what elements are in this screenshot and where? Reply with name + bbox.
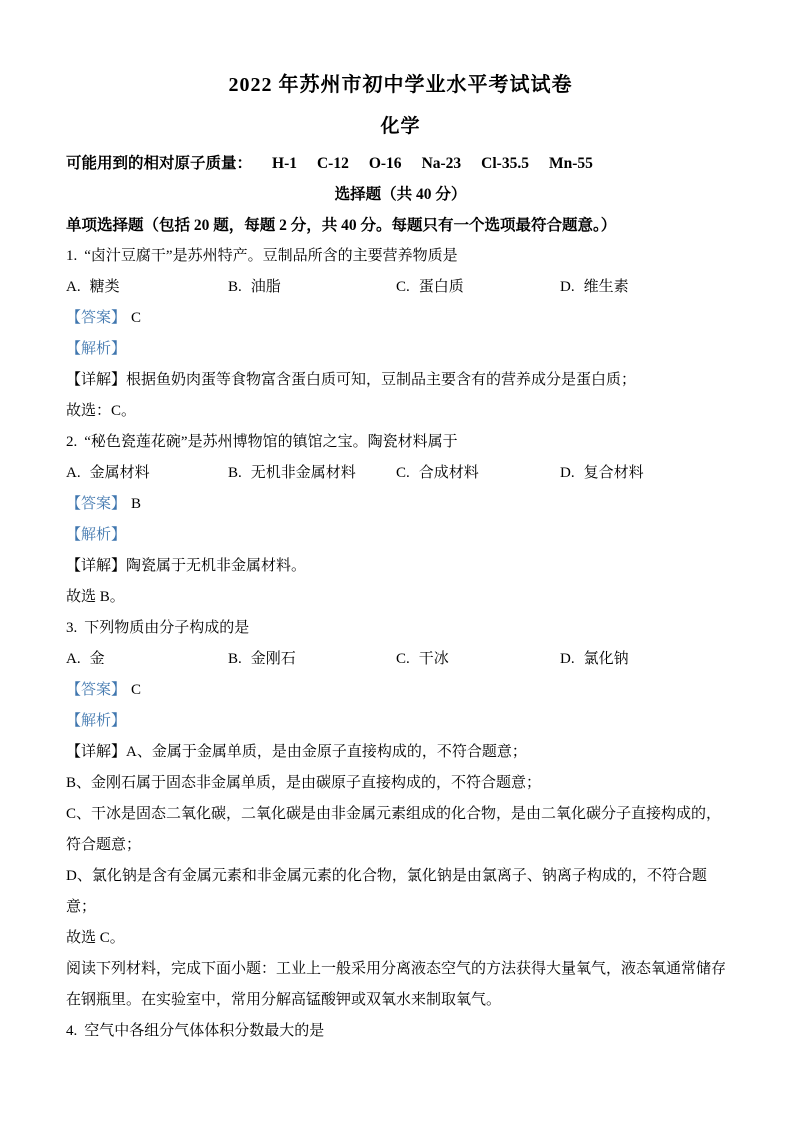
answer-value: B	[131, 496, 141, 512]
analysis-label: 【解析】	[66, 341, 126, 357]
option-a: A.糖类	[66, 272, 228, 303]
analysis-label: 【解析】	[66, 713, 126, 729]
atomic-mass-token: Na-23	[422, 155, 462, 172]
question-3-analysis-label: 【解析】	[66, 706, 735, 737]
answer-label: 【答案】	[66, 310, 126, 326]
instructions: 单项选择题（包括 20 题，每题 2 分，共 40 分。每题只有一个选项最符合题…	[66, 210, 735, 241]
question-stem-text: “秘色瓷莲花碗”是苏州博物馆的镇馆之宝。陶瓷材料属于	[84, 434, 457, 450]
question-3-conclusion: 故选 C。	[66, 923, 735, 954]
question-number: 1.	[66, 248, 77, 264]
question-1-explanation: 【详解】根据鱼奶肉蛋等食物富含蛋白质可知，豆制品主要含有的营养成分是蛋白质；	[66, 365, 735, 396]
section-heading: 选择题（共 40 分）	[66, 179, 735, 210]
option-b: B.油脂	[228, 272, 396, 303]
question-3-explanation-a: 【详解】A、金属于金属单质，是由金原子直接构成的，不符合题意；	[66, 737, 735, 768]
question-2-explanation: 【详解】陶瓷属于无机非金属材料。	[66, 551, 735, 582]
option-c: C.蛋白质	[396, 272, 560, 303]
reading-material: 阅读下列材料，完成下面小题：工业上一般采用分离液态空气的方法获得大量氧气，液态氧…	[66, 954, 735, 1016]
option-d: D.氯化钠	[560, 644, 735, 675]
question-number: 4.	[66, 1023, 77, 1039]
question-stem-text: “卤汁豆腐干”是苏州特产。豆制品所含的主要营养物质是	[84, 248, 457, 264]
option-a: A.金属材料	[66, 458, 228, 489]
question-1-answer-line: 【答案】C	[66, 303, 735, 334]
question-1-analysis-label: 【解析】	[66, 334, 735, 365]
question-1-stem: 1.“卤汁豆腐干”是苏州特产。豆制品所含的主要营养物质是	[66, 241, 735, 272]
question-2-conclusion: 故选 B。	[66, 582, 735, 613]
answer-label: 【答案】	[66, 496, 126, 512]
exam-document-page: 2022 年苏州市初中学业水平考试试卷 化学 可能用到的相对原子质量：H-1C-…	[0, 0, 793, 1122]
option-c: C.干冰	[396, 644, 560, 675]
atomic-mass-token: Mn-55	[549, 155, 593, 172]
question-3-explanation-b: B、金刚石属于固态非金属单质，是由碳原子直接构成的，不符合题意；	[66, 768, 735, 799]
atomic-mass-line: 可能用到的相对原子质量：H-1C-12O-16Na-23Cl-35.5Mn-55	[66, 148, 735, 179]
question-2-options: A.金属材料 B.无机非金属材料 C.合成材料 D.复合材料	[66, 458, 735, 489]
question-3-explanation-d: D、氯化钠是含有金属元素和非金属元素的化合物，氯化钠是由氯离子、钠离子构成的，不…	[66, 861, 735, 923]
option-c: C.合成材料	[396, 458, 560, 489]
question-number: 3.	[66, 620, 77, 636]
question-2-stem: 2.“秘色瓷莲花碗”是苏州博物馆的镇馆之宝。陶瓷材料属于	[66, 427, 735, 458]
question-3-stem: 3.下列物质由分子构成的是	[66, 613, 735, 644]
option-b: B.金刚石	[228, 644, 396, 675]
atomic-mass-token: Cl-35.5	[481, 155, 529, 172]
page-title: 2022 年苏州市初中学业水平考试试卷	[66, 64, 735, 106]
option-d: D.复合材料	[560, 458, 735, 489]
answer-label: 【答案】	[66, 682, 126, 698]
answer-value: C	[131, 682, 141, 698]
question-2-analysis-label: 【解析】	[66, 520, 735, 551]
answer-value: C	[131, 310, 141, 326]
question-4-stem: 4.空气中各组分气体体积分数最大的是	[66, 1016, 735, 1047]
atomic-mass-token: C-12	[317, 155, 349, 172]
question-stem-text: 下列物质由分子构成的是	[84, 620, 249, 636]
option-a: A.金	[66, 644, 228, 675]
question-1-options: A.糖类 B.油脂 C.蛋白质 D.维生素	[66, 272, 735, 303]
subject-title: 化学	[66, 106, 735, 148]
question-number: 2.	[66, 434, 77, 450]
option-b: B.无机非金属材料	[228, 458, 396, 489]
atomic-mass-prefix: 可能用到的相对原子质量：	[66, 155, 252, 172]
atomic-mass-token: O-16	[369, 155, 402, 172]
question-3-options: A.金 B.金刚石 C.干冰 D.氯化钠	[66, 644, 735, 675]
question-stem-text: 空气中各组分气体体积分数最大的是	[84, 1023, 324, 1039]
question-1-conclusion: 故选：C。	[66, 396, 735, 427]
question-2-answer-line: 【答案】B	[66, 489, 735, 520]
question-3-explanation-c: C、干冰是固态二氧化碳，二氧化碳是由非金属元素组成的化合物，是由二氧化碳分子直接…	[66, 799, 735, 861]
atomic-mass-token: H-1	[272, 155, 297, 172]
question-3-answer-line: 【答案】C	[66, 675, 735, 706]
option-d: D.维生素	[560, 272, 735, 303]
analysis-label: 【解析】	[66, 527, 126, 543]
